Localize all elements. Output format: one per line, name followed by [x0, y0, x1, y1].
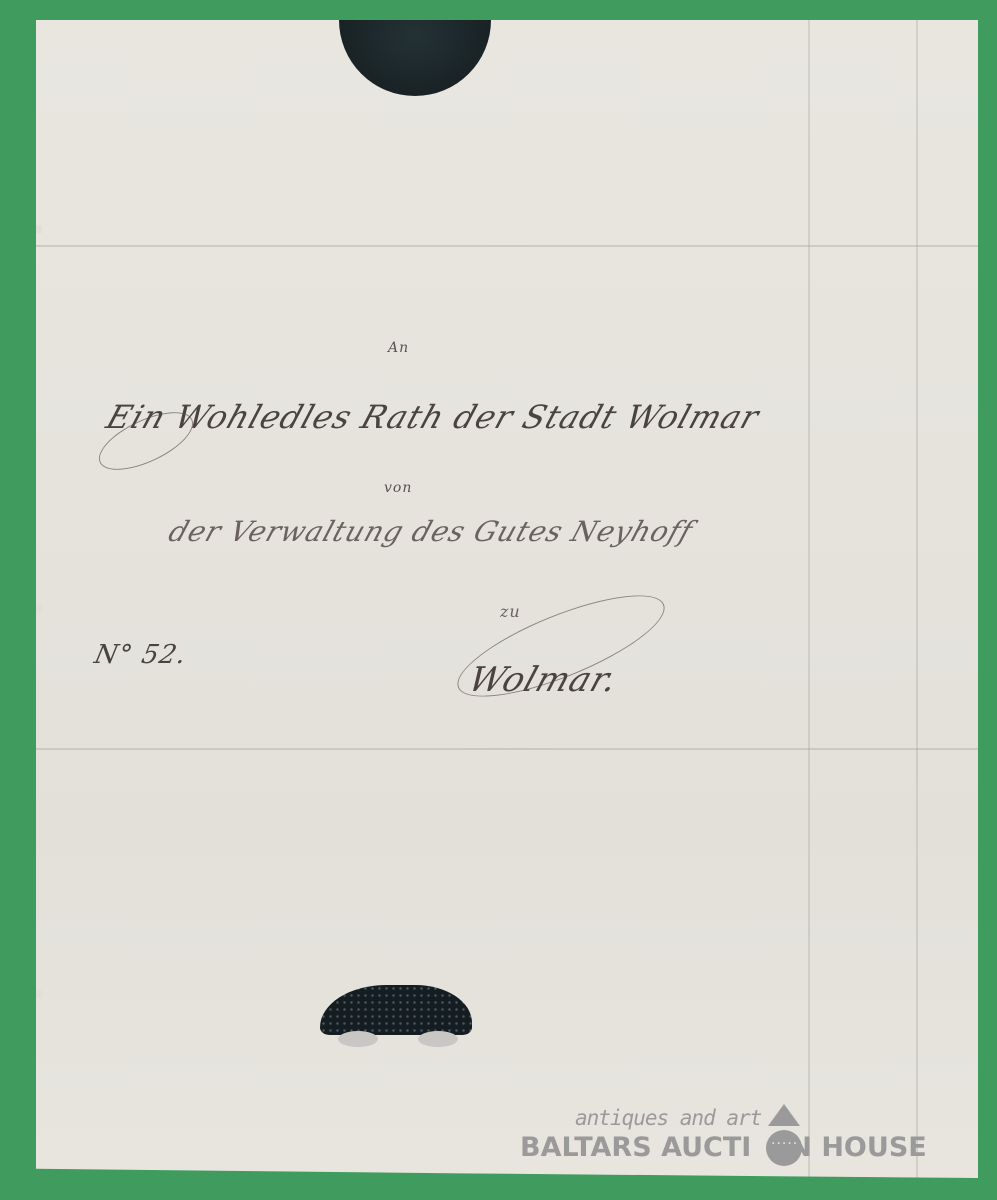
from-prefix: von — [384, 480, 412, 496]
paper-tear — [36, 225, 42, 233]
recipient-line: Ein Wohledles Rath der Stadt Wolmar — [102, 398, 764, 436]
address-prefix: An — [388, 340, 409, 356]
fold-line-vertical — [916, 20, 918, 1178]
destination-prefix: zu — [500, 602, 521, 621]
globe-icon — [766, 1130, 802, 1166]
document-number: N° 52. — [92, 640, 190, 670]
fold-line-vertical — [808, 20, 810, 1178]
letter-paper — [36, 20, 978, 1178]
crown-icon — [768, 1104, 800, 1126]
sender-line: der Verwaltung des Gutes Neyhoff — [165, 515, 698, 548]
watermark-name: BALTARS AUCTIN HOUSE — [520, 1132, 927, 1163]
fold-line-horizontal — [36, 748, 978, 750]
fold-line-horizontal — [36, 245, 978, 247]
watermark-tagline: antiques and art — [575, 1106, 761, 1130]
paper-tear — [36, 605, 42, 613]
paper-tear — [36, 990, 42, 998]
